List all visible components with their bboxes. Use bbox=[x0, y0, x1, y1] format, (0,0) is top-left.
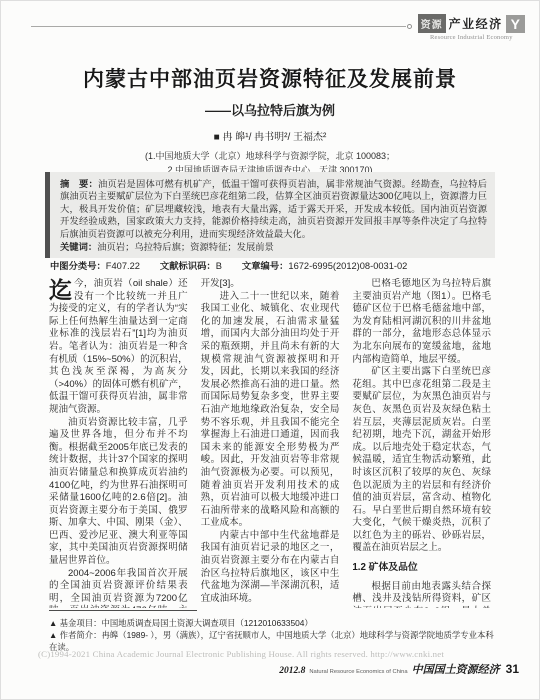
abstract-paragraph: 摘 要：油页岩是固体可燃有机矿产，低温干馏可获得页岩油，属非常规油气资源。经勘查… bbox=[60, 178, 487, 240]
brand-resource-badge: 资源 bbox=[418, 14, 446, 33]
keywords-text: 油页岩；乌拉特后旗；资源特征；发展前景 bbox=[97, 242, 274, 252]
paper-page: 资源 产业经济 Y Resource Industrial Economy 内蒙… bbox=[0, 0, 540, 700]
header-rule-line bbox=[31, 26, 406, 27]
meta-doc-code-value: B bbox=[216, 261, 222, 271]
drop-cap: 迄 bbox=[49, 278, 74, 302]
paragraph: 2004~2006年我国首次开展的全国油页岩资源评价结果表明，全国油页岩资源为7… bbox=[49, 568, 188, 608]
journal-footer: 2012.8 Natural Resource Economics of Chi… bbox=[279, 661, 519, 677]
meta-article-id: 文章编号：1672-6995(2012)08-0031-02 bbox=[242, 258, 407, 272]
paragraph: 矿区主要出露下白垩统巴彦花组。其中巴彦花组第二段是主要赋矿层位，为灰黑色油页岩与… bbox=[352, 366, 491, 555]
paragraph: 内蒙古中部中生代盆地群是我国有油页岩记录的地区之一，油页岩资源主要分布在内蒙古自… bbox=[201, 530, 340, 606]
keywords-label: 关键词： bbox=[60, 242, 97, 252]
column-3: 巴格毛德地区为乌拉特后旗主要油页岩产地（图1）。巴格毛德矿区位于巴格毛德盆地中部… bbox=[352, 278, 491, 608]
meta-clc-label: 中图分类号： bbox=[50, 261, 106, 271]
footer-journal-en: Natural Resource Economics of China bbox=[309, 669, 407, 675]
footnote-block: ▲ 基金项目：中国地质调查局国土资源大调查项目（1212010633504） ▲… bbox=[49, 610, 499, 653]
paragraph: 迄今，油页岩（oil shale）还没有一个比较统一并且广为接受的定义，有的学者… bbox=[49, 278, 188, 417]
column-1: 迄今，油页岩（oil shale）还没有一个比较统一并且广为接受的定义，有的学者… bbox=[49, 278, 188, 608]
paragraph: 巴格毛德地区为乌拉特后旗主要油页岩产地（图1）。巴格毛德矿区位于巴格毛德盆地中部… bbox=[352, 278, 491, 366]
paragraph: 油页岩资源比较丰富，几乎遍及世界各地，但分布并不均衡。根据截至2005年底已发表… bbox=[49, 417, 188, 568]
footnote-divider bbox=[49, 610, 197, 611]
article-subtitle: ——以乌拉特后旗为例 bbox=[1, 100, 539, 119]
authors-line: ■ 冉 皞¹/ 冉书明²/ 王福杰² bbox=[1, 128, 539, 143]
cnki-watermark: (C)1994-2021 China Academic Journal Elec… bbox=[38, 649, 513, 659]
affiliation-line-1: (1.中国地质大学（北京）地球科学与资源学院，北京 100083； bbox=[1, 150, 539, 164]
abstract-label: 摘 要： bbox=[60, 179, 98, 189]
column-2: 开发[3]。 进入二十一世纪以来，随着我国工业化、城镇化、农业现代化的加速发展，… bbox=[201, 278, 340, 608]
meta-doc-code: 文献标识码：B bbox=[160, 258, 222, 272]
brand-y-logo-icon: Y bbox=[506, 15, 525, 33]
meta-doc-code-label: 文献标识码： bbox=[160, 261, 216, 271]
abstract-text: 油页岩是固体可燃有机矿产，低温干馏可获得页岩油，属非常规油气资源。经勘查，乌拉特… bbox=[60, 179, 487, 239]
fund-note: ▲ 基金项目：中国地质调查局国土资源大调查项目（1212010633504） bbox=[49, 617, 499, 629]
footer-journal-cn: 中国国土资源经济 bbox=[412, 661, 500, 677]
journal-brand: 资源 产业经济 Y Resource Industrial Economy bbox=[418, 14, 525, 41]
meta-row: 中图分类号：F407.22 文献标识码：B 文章编号：1672-6995(201… bbox=[50, 258, 495, 272]
title-block: 内蒙古中部油页岩资源特征及发展前景 ——以乌拉特后旗为例 ■ 冉 皞¹/ 冉书明… bbox=[1, 63, 539, 177]
paragraph: 根据目前由地表露头结合探槽、浅井及浅钻所得资料，矿区油页岩层至少有2~3组，最大… bbox=[352, 581, 491, 608]
meta-article-id-value: 1672-6995(2012)08-0031-02 bbox=[288, 261, 407, 271]
header-rule-circle-icon bbox=[407, 24, 412, 29]
subsection-heading-1-2: 1.2 矿体及品位 bbox=[352, 562, 491, 575]
footer-issue: 2012.8 bbox=[279, 666, 305, 676]
abstract-box: 摘 要：油页岩是固体可燃有机矿产，低温干馏可获得页岩油，属非常规油气资源。经勘查… bbox=[45, 172, 495, 258]
brand-subtitle-en: Resource Industrial Economy bbox=[418, 34, 525, 41]
header-rule bbox=[31, 24, 412, 29]
keywords-line: 关键词：油页岩；乌拉特后旗；资源特征；发展前景 bbox=[60, 241, 487, 253]
paragraph: 进入二十一世纪以来，随着我国工业化、城镇化、农业现代化的加速发展，石油需求量猛增… bbox=[201, 291, 340, 530]
brand-section-title: 产业经济 bbox=[449, 15, 503, 32]
journal-header: 资源 产业经济 Y Resource Industrial Economy bbox=[31, 14, 525, 41]
body-columns: 迄今，油页岩（oil shale）还没有一个比较统一并且广为接受的定义，有的学者… bbox=[49, 278, 491, 608]
meta-article-id-label: 文章编号： bbox=[242, 261, 289, 271]
meta-clc-value: F407.22 bbox=[106, 261, 140, 271]
meta-clc: 中图分类号：F407.22 bbox=[50, 258, 140, 272]
page-number: 31 bbox=[506, 662, 519, 676]
paragraph: 开发[3]。 bbox=[201, 278, 340, 291]
article-title: 内蒙古中部油页岩资源特征及发展前景 bbox=[1, 63, 539, 93]
